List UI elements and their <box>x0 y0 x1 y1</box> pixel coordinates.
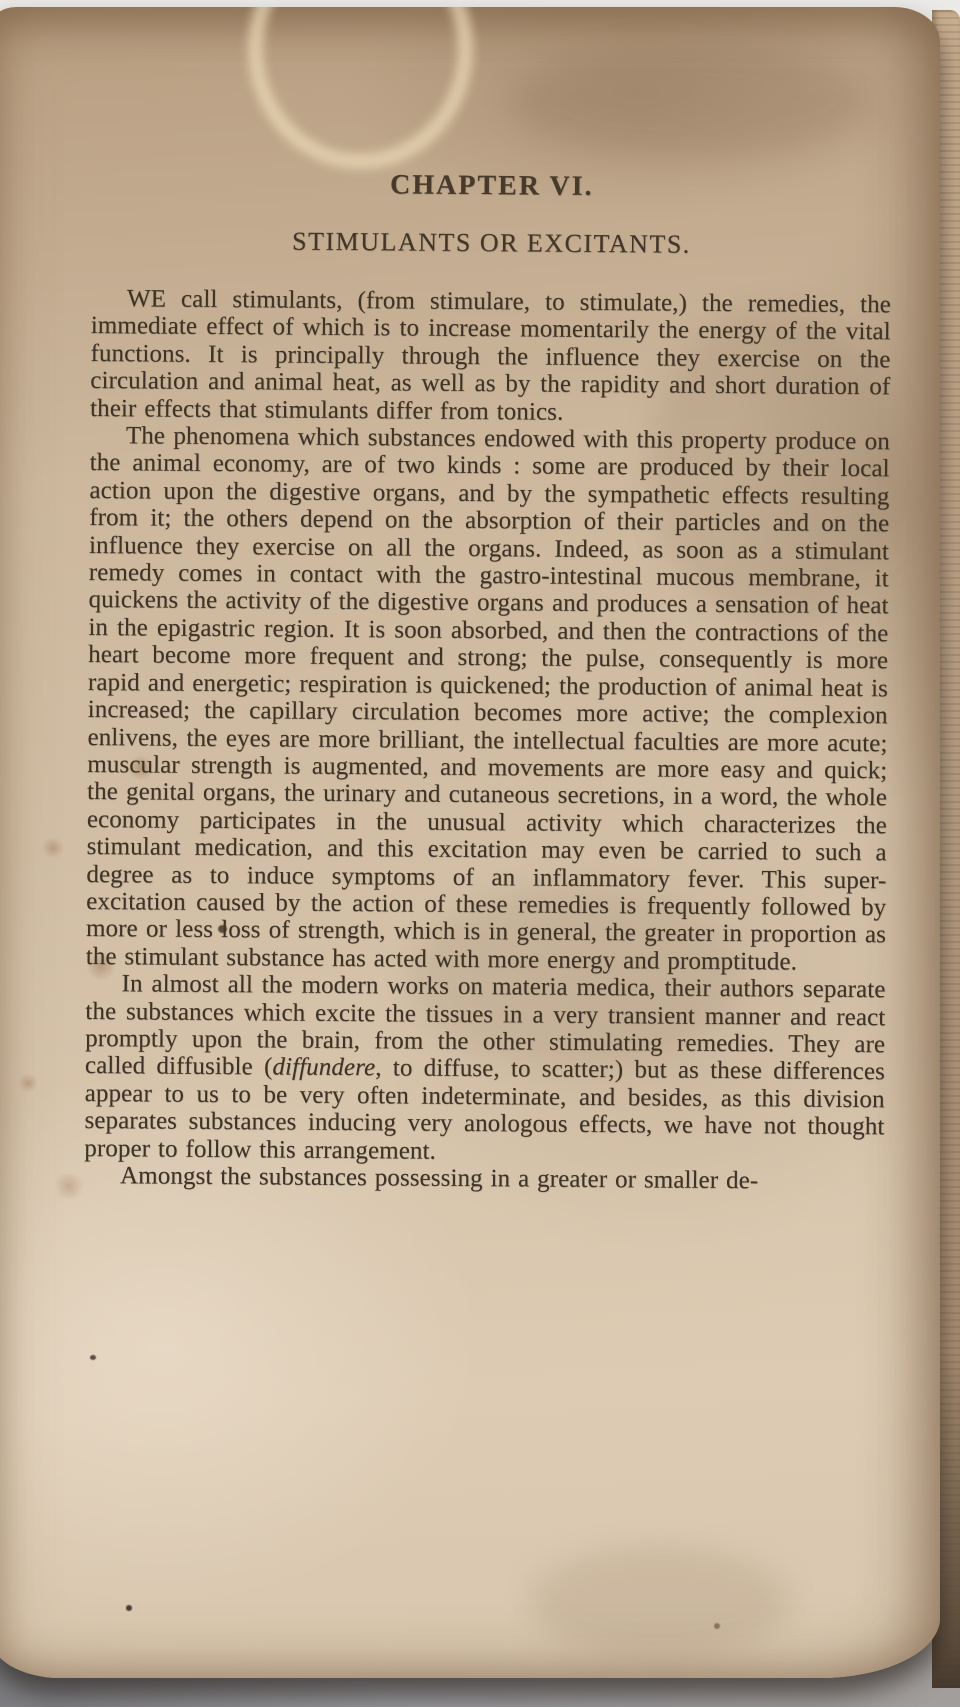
age-stain <box>510 47 870 157</box>
fox-spot <box>18 1073 38 1093</box>
chapter-heading: CHAPTER VI. <box>92 167 892 205</box>
paragraph: In almost all the modern works on materi… <box>84 970 885 1168</box>
paragraph: The phenomena which substances endowed w… <box>86 422 890 976</box>
section-heading: STIMULANTS OR EXCITANTS. <box>91 225 891 261</box>
water-stain-ring <box>248 7 473 169</box>
book-page-photo: CHAPTER VI. STIMULANTS OR EXCITANTS. WE … <box>0 0 960 1707</box>
book-page: CHAPTER VI. STIMULANTS OR EXCITANTS. WE … <box>0 7 940 1678</box>
ink-speck <box>126 1605 132 1611</box>
page-content: CHAPTER VI. STIMULANTS OR EXCITANTS. WE … <box>84 167 892 1196</box>
fox-spot <box>42 837 64 859</box>
paragraph: WE call stimulants, (from stimulare, to … <box>90 285 891 428</box>
fox-spot <box>52 1173 86 1199</box>
ink-speck <box>90 1355 96 1360</box>
body-text: WE call stimulants, (from stimulare, to … <box>84 285 891 1196</box>
ink-speck <box>714 1623 720 1629</box>
paragraph: Amongst the substances possessing in a g… <box>84 1162 884 1196</box>
age-stain <box>530 1547 790 1657</box>
